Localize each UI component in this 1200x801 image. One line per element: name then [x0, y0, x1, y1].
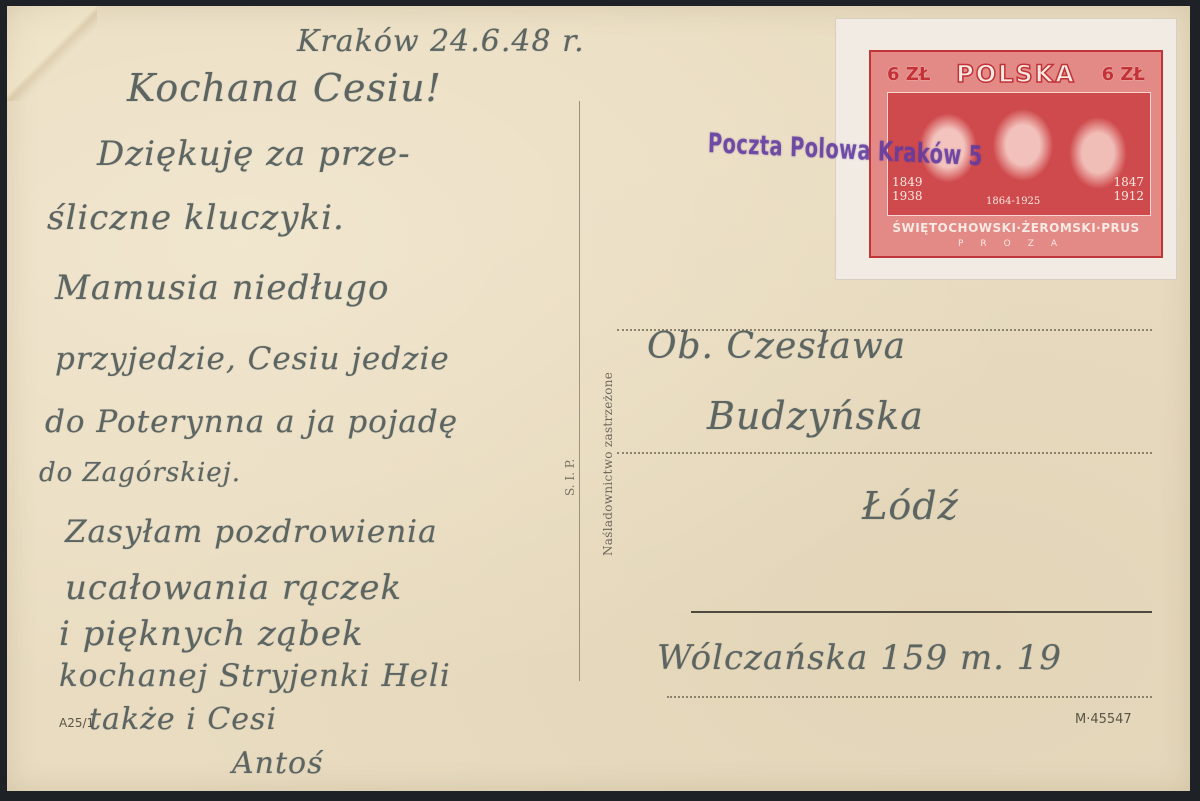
vertical-notice: Naśladownictwo zastrzeżone [599, 276, 619, 556]
address-line-3 [691, 611, 1152, 613]
recipient-street: Wólczańska 159 m. 19 [657, 638, 1062, 678]
catalog-number: M·45547 [1075, 712, 1132, 727]
center-divider [579, 101, 580, 681]
stamp-caption: PROZA [871, 239, 1161, 249]
stamp-header: 6 ZŁ POLSKA 6 ZŁ [871, 54, 1161, 94]
stamp-year-right-bottom: 1912 [1113, 189, 1144, 203]
message-line-1: Dziękuję za prze- [97, 134, 411, 174]
recipient-surname: Budzyńska [707, 394, 924, 438]
message-line-5: do Poterynna a ja pojadę [45, 404, 458, 440]
vertical-notice-text: Naśladownictwo zastrzeżone [601, 372, 615, 556]
stamp-year-left-bottom: 1938 [892, 189, 923, 203]
message-line-10: kochanej Stryjenki Heli [59, 658, 451, 694]
address-line-2 [617, 452, 1152, 454]
stamp-names: ŚWIĘTOCHOWSKI·ŻEROMSKI·PRUS [871, 221, 1161, 235]
series-code: A25/1 [59, 716, 94, 730]
stamp-year-middle: 1864-1925 [986, 195, 1040, 209]
stamp-value-right: 6 ZŁ [1102, 64, 1145, 85]
stamp-year-right-top: 1847 [1113, 175, 1144, 189]
stamp-year-right: 1847 1912 [1113, 175, 1144, 203]
place-date: Kraków 24.6.48 r. [297, 24, 585, 59]
message-line-4: przyjedzie, Cesiu jedzie [55, 341, 450, 377]
stamp-country: POLSKA [956, 60, 1076, 88]
message-line-11: także i Cesi [89, 702, 277, 737]
address-line-4 [667, 696, 1152, 698]
stamp-year-left: 1849 1938 [892, 175, 923, 203]
message-line-2: śliczne kluczyki. [47, 198, 345, 238]
message-line-8: ucałowania rączek [65, 568, 402, 608]
message-line-9: i pięknych ząbek [59, 614, 364, 654]
message-line-6: do Zagórskiej. [39, 458, 241, 488]
signature: Antoś [232, 746, 324, 781]
message-line-3: Mamusia niedługo [55, 268, 389, 308]
recipient-name: Ob. Czesława [647, 326, 906, 367]
message-line-7: Zasyłam pozdrowienia [65, 514, 438, 550]
greeting: Kochana Cesiu! [127, 66, 442, 110]
publisher-text: S. I. P. [563, 459, 577, 496]
stamp-year-left-top: 1849 [892, 175, 923, 189]
stamp-value-left: 6 ZŁ [887, 64, 930, 85]
recipient-city: Łódź [862, 484, 959, 528]
corner-crease [7, 6, 97, 101]
